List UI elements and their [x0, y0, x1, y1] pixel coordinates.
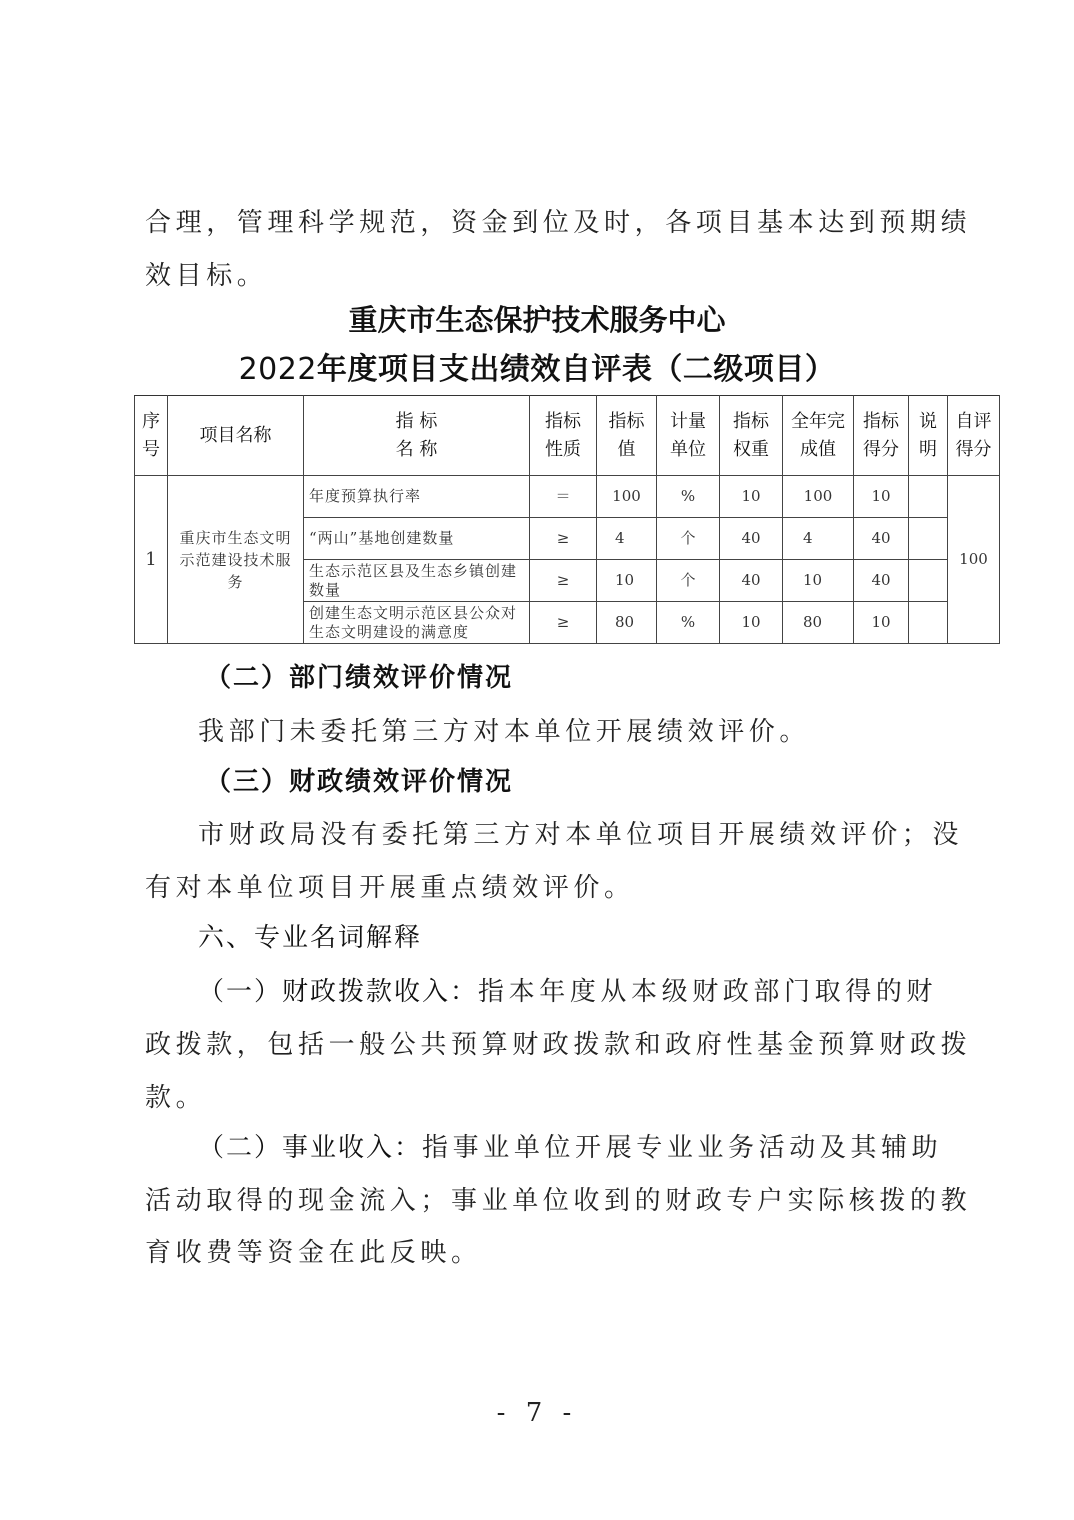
indicator-note	[909, 560, 948, 602]
header-unit: 计量单位	[657, 396, 720, 476]
term2-label: （二）事业收入：	[198, 1133, 422, 1163]
indicator-name: 生态示范区县及生态乡镇创建数量	[304, 560, 530, 602]
glossary-heading: 六、专业名词解释	[198, 918, 1003, 958]
project-index: 1	[135, 476, 168, 644]
finance-eval-text-2: 有对本单位项目开展重点绩效评价。	[145, 868, 950, 908]
header-score: 指标得分	[854, 396, 909, 476]
indicator-unit: %	[657, 476, 720, 518]
indicator-unit: 个	[657, 518, 720, 560]
performance-table: 序号 项目名称 指 标名 称 指标性质 指标值 计量单位 指标权重 全年完成值 …	[134, 395, 1000, 644]
indicator-name: “两山”基地创建数量	[304, 518, 530, 560]
indicator-weight: 40	[720, 518, 783, 560]
indicator-value: 4	[597, 518, 657, 560]
page-number: - 7 -	[0, 1398, 1074, 1428]
header-weight: 指标权重	[720, 396, 783, 476]
indicator-name: 创建生态文明示范区县公众对生态文明建设的满意度	[304, 602, 530, 644]
indicator-name: 年度预算执行率	[304, 476, 530, 518]
indicator-actual: 4	[783, 518, 854, 560]
indicator-weight: 10	[720, 476, 783, 518]
indicator-nature: ≥	[530, 518, 597, 560]
dept-eval-heading: （二）部门绩效评价情况	[205, 658, 1010, 698]
finance-eval-text-1: 市财政局没有委托第三方对本单位项目开展绩效评价；没	[198, 815, 1003, 855]
table-header-row: 序号 项目名称 指 标名 称 指标性质 指标值 计量单位 指标权重 全年完成值 …	[135, 396, 1000, 476]
indicator-note	[909, 518, 948, 560]
intro-line-1: 合理，管理科学规范，资金到位及时，各项目基本达到预期绩	[145, 203, 950, 243]
indicator-actual: 10	[783, 560, 854, 602]
indicator-value: 100	[597, 476, 657, 518]
indicator-score: 10	[854, 476, 909, 518]
indicator-actual: 80	[783, 602, 854, 644]
indicator-score: 10	[854, 602, 909, 644]
header-note: 说明	[909, 396, 948, 476]
intro-line-2: 效目标。	[145, 256, 950, 296]
table-row: 1 重庆市生态文明示范建设技术服务 年度预算执行率 ＝ 100 % 10 100…	[135, 476, 1000, 518]
indicator-score: 40	[854, 560, 909, 602]
indicator-value: 10	[597, 560, 657, 602]
indicator-weight: 40	[720, 560, 783, 602]
indicator-note	[909, 476, 948, 518]
indicator-weight: 10	[720, 602, 783, 644]
header-index: 序号	[135, 396, 168, 476]
term1-line-2: 政拨款，包括一般公共预算财政拨款和政府性基金预算财政拨	[145, 1025, 950, 1065]
indicator-note	[909, 602, 948, 644]
term1-line-3: 款。	[145, 1078, 950, 1118]
header-project-name: 项目名称	[168, 396, 304, 476]
term1-label: （一）财政拨款收入：	[198, 977, 478, 1007]
table-title-org: 重庆市生态保护技术服务中心	[0, 300, 1074, 340]
indicator-nature: ＝	[530, 476, 597, 518]
header-self-score: 自评得分	[948, 396, 1000, 476]
table-title-year: 2022	[239, 352, 317, 387]
indicator-unit: %	[657, 602, 720, 644]
indicator-value: 80	[597, 602, 657, 644]
term2-line-1: （二）事业收入：指事业单位开展专业业务活动及其辅助	[198, 1128, 1003, 1168]
self-score: 100	[948, 476, 1000, 644]
table-title-rest: 年度项目支出绩效自评表（二级项目）	[317, 352, 836, 387]
indicator-nature: ≥	[530, 602, 597, 644]
header-indicator-nature: 指标性质	[530, 396, 597, 476]
term1-line-1: （一）财政拨款收入：指本年度从本级财政部门取得的财	[198, 972, 1003, 1012]
indicator-nature: ≥	[530, 560, 597, 602]
dept-eval-text: 我部门未委托第三方对本单位开展绩效评价。	[198, 712, 1003, 752]
header-indicator-value: 指标值	[597, 396, 657, 476]
indicator-unit: 个	[657, 560, 720, 602]
finance-eval-heading: （三）财政绩效评价情况	[205, 762, 1010, 802]
project-name: 重庆市生态文明示范建设技术服务	[168, 476, 304, 644]
header-actual: 全年完成值	[783, 396, 854, 476]
term2-line-3: 育收费等资金在此反映。	[145, 1233, 950, 1273]
indicator-actual: 100	[783, 476, 854, 518]
header-indicator-name: 指 标名 称	[304, 396, 530, 476]
term2-line-2: 活动取得的现金流入；事业单位收到的财政专户实际核拨的教	[145, 1181, 950, 1221]
table-title-report: 2022年度项目支出绩效自评表（二级项目）	[0, 350, 1074, 390]
indicator-score: 40	[854, 518, 909, 560]
